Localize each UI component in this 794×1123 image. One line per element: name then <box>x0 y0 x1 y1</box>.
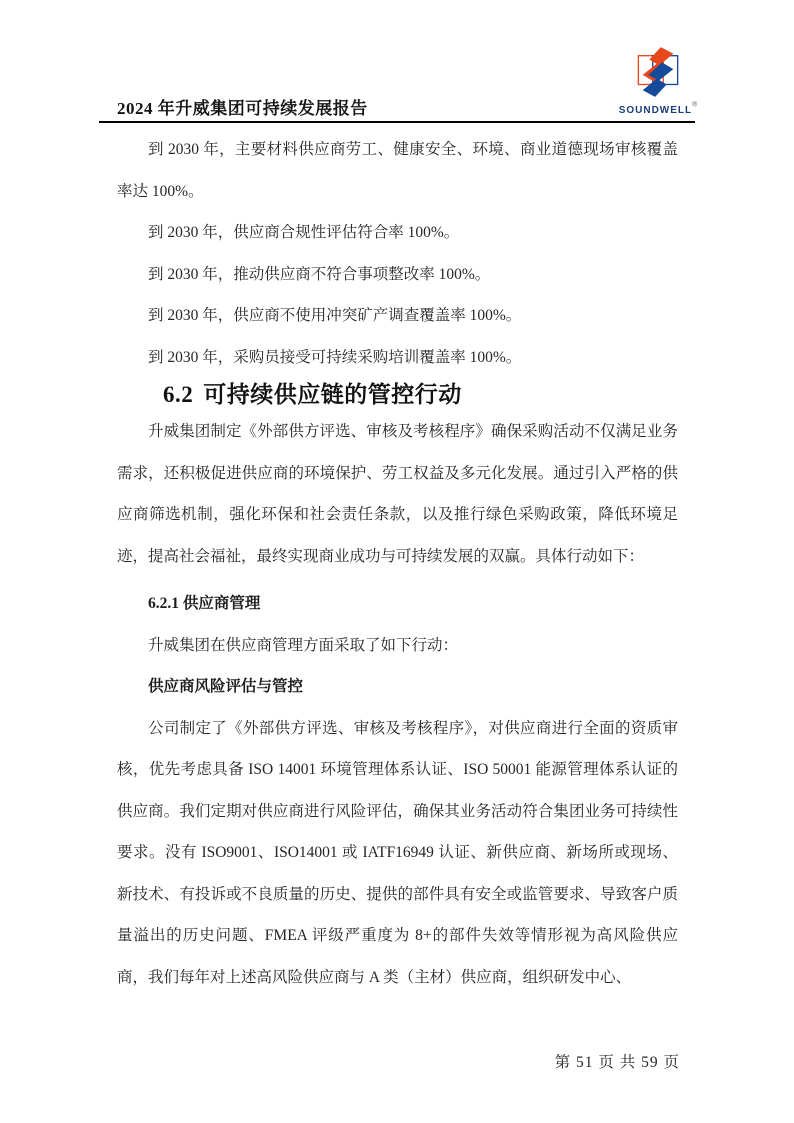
subsection-heading: 6.2.1 供应商管理 <box>117 583 678 625</box>
section-intro-paragraph: 升威集团制定《外部供方评选、审核及考核程序》确保采购活动不仅满足业务需求，还积极… <box>117 411 678 577</box>
header-divider <box>99 121 695 123</box>
brand-name: SOUNDWELL <box>619 105 692 116</box>
goal-paragraph-3: 到 2030 年，推动供应商不符合事项整改率 100%。 <box>117 254 678 296</box>
goal-paragraph-5: 到 2030 年，采购员接受可持续采购培训覆盖率 100%。 <box>117 337 678 379</box>
document-body: 到 2030 年，主要材料供应商劳工、健康安全、环境、商业道德现场审核覆盖率达 … <box>117 129 678 998</box>
brand-logo: SOUNDWELL® <box>618 46 698 118</box>
report-page: 2024 年升威集团可持续发展报告 SOUNDWELL® 到 2030 年，主要… <box>0 0 794 1123</box>
registered-mark-icon: ® <box>692 102 697 109</box>
report-header-title: 2024 年升威集团可持续发展报告 <box>117 94 368 119</box>
risk-block-title: 供应商风险评估与管控 <box>117 666 678 708</box>
soundwell-logo-icon <box>635 46 681 98</box>
goal-paragraph-1: 到 2030 年，主要材料供应商劳工、健康安全、环境、商业道德现场审核覆盖率达 … <box>117 129 678 212</box>
section-heading: 6.2可持续供应链的管控行动 <box>117 378 678 411</box>
goal-paragraph-2: 到 2030 年，供应商合规性评估符合率 100%。 <box>117 212 678 254</box>
section-title: 可持续供应链的管控行动 <box>203 381 462 407</box>
page-number: 第 51 页 共 59 页 <box>555 1050 680 1072</box>
section-number: 6.2 <box>163 382 193 407</box>
risk-body-paragraph: 公司制定了《外部供方评选、审核及考核程序》，对供应商进行全面的资质审核，优先考虑… <box>117 708 678 999</box>
goal-paragraph-4: 到 2030 年，供应商不使用冲突矿产调查覆盖率 100%。 <box>117 295 678 337</box>
subsection-lead-paragraph: 升威集团在供应商管理方面采取了如下行动： <box>117 625 678 667</box>
